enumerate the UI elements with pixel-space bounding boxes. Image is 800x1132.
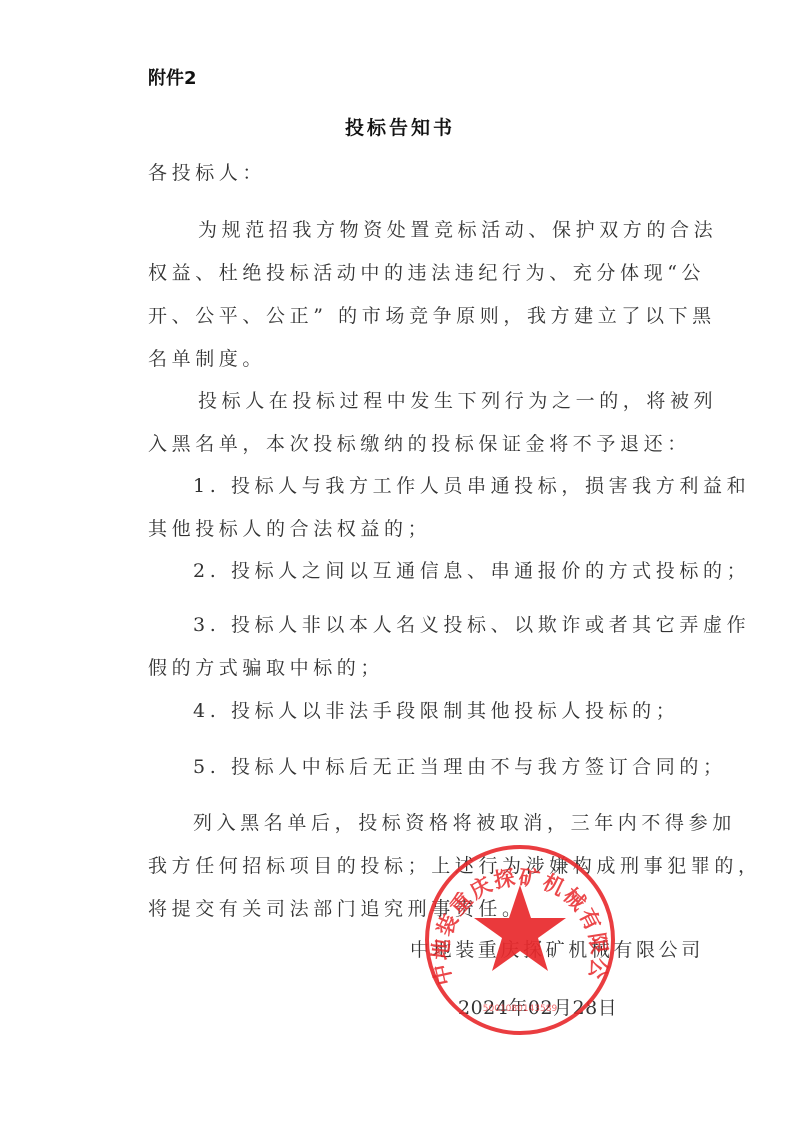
body-line: 1. 投标人与我方工作人员串通投标，损害我方利益和 — [193, 471, 750, 498]
svg-text:5001080143589: 5001080143589 — [483, 1004, 558, 1014]
body-line: 其他投标人的合法权益的； — [148, 514, 431, 541]
salutation: 各投标人： — [148, 158, 266, 185]
body-line: 投标人在投标过程中发生下列行为之一的，将被列 — [198, 386, 717, 413]
body-line: 4. 投标人以非法手段限制其他投标人投标的； — [193, 696, 679, 723]
body-line: 开、公平、公正” 的市场竞争原则，我方建立了以下黑 — [148, 301, 716, 328]
body-line: 权益、杜绝投标活动中的违法违纪行为、充分体现“公 — [148, 258, 705, 285]
body-line: 2. 投标人之间以互通信息、串通报价的方式投标的； — [193, 556, 750, 583]
body-line: 入黑名单，本次投标缴纳的投标保证金将不予退还： — [148, 429, 691, 456]
body-line: 假的方式骗取中标的； — [148, 653, 384, 680]
body-line: 名单制度。 — [148, 344, 266, 371]
official-seal-stamp: 中地装重庆探矿机械有限公司 5001080143589 — [423, 843, 617, 1037]
body-line: 5. 投标人中标后无正当理由不与我方签订合同的； — [193, 752, 727, 779]
body-line: 为规范招我方物资处置竞标活动、保护双方的合法 — [198, 215, 717, 242]
star-icon — [474, 885, 566, 971]
attachment-label: 附件2 — [148, 64, 197, 90]
document-title: 投标告知书 — [0, 113, 800, 140]
body-line: 3. 投标人非以本人名义投标、以欺诈或者其它弄虚作 — [193, 610, 750, 637]
body-line: 列入黑名单后，投标资格将被取消，三年内不得参加 — [193, 808, 736, 835]
